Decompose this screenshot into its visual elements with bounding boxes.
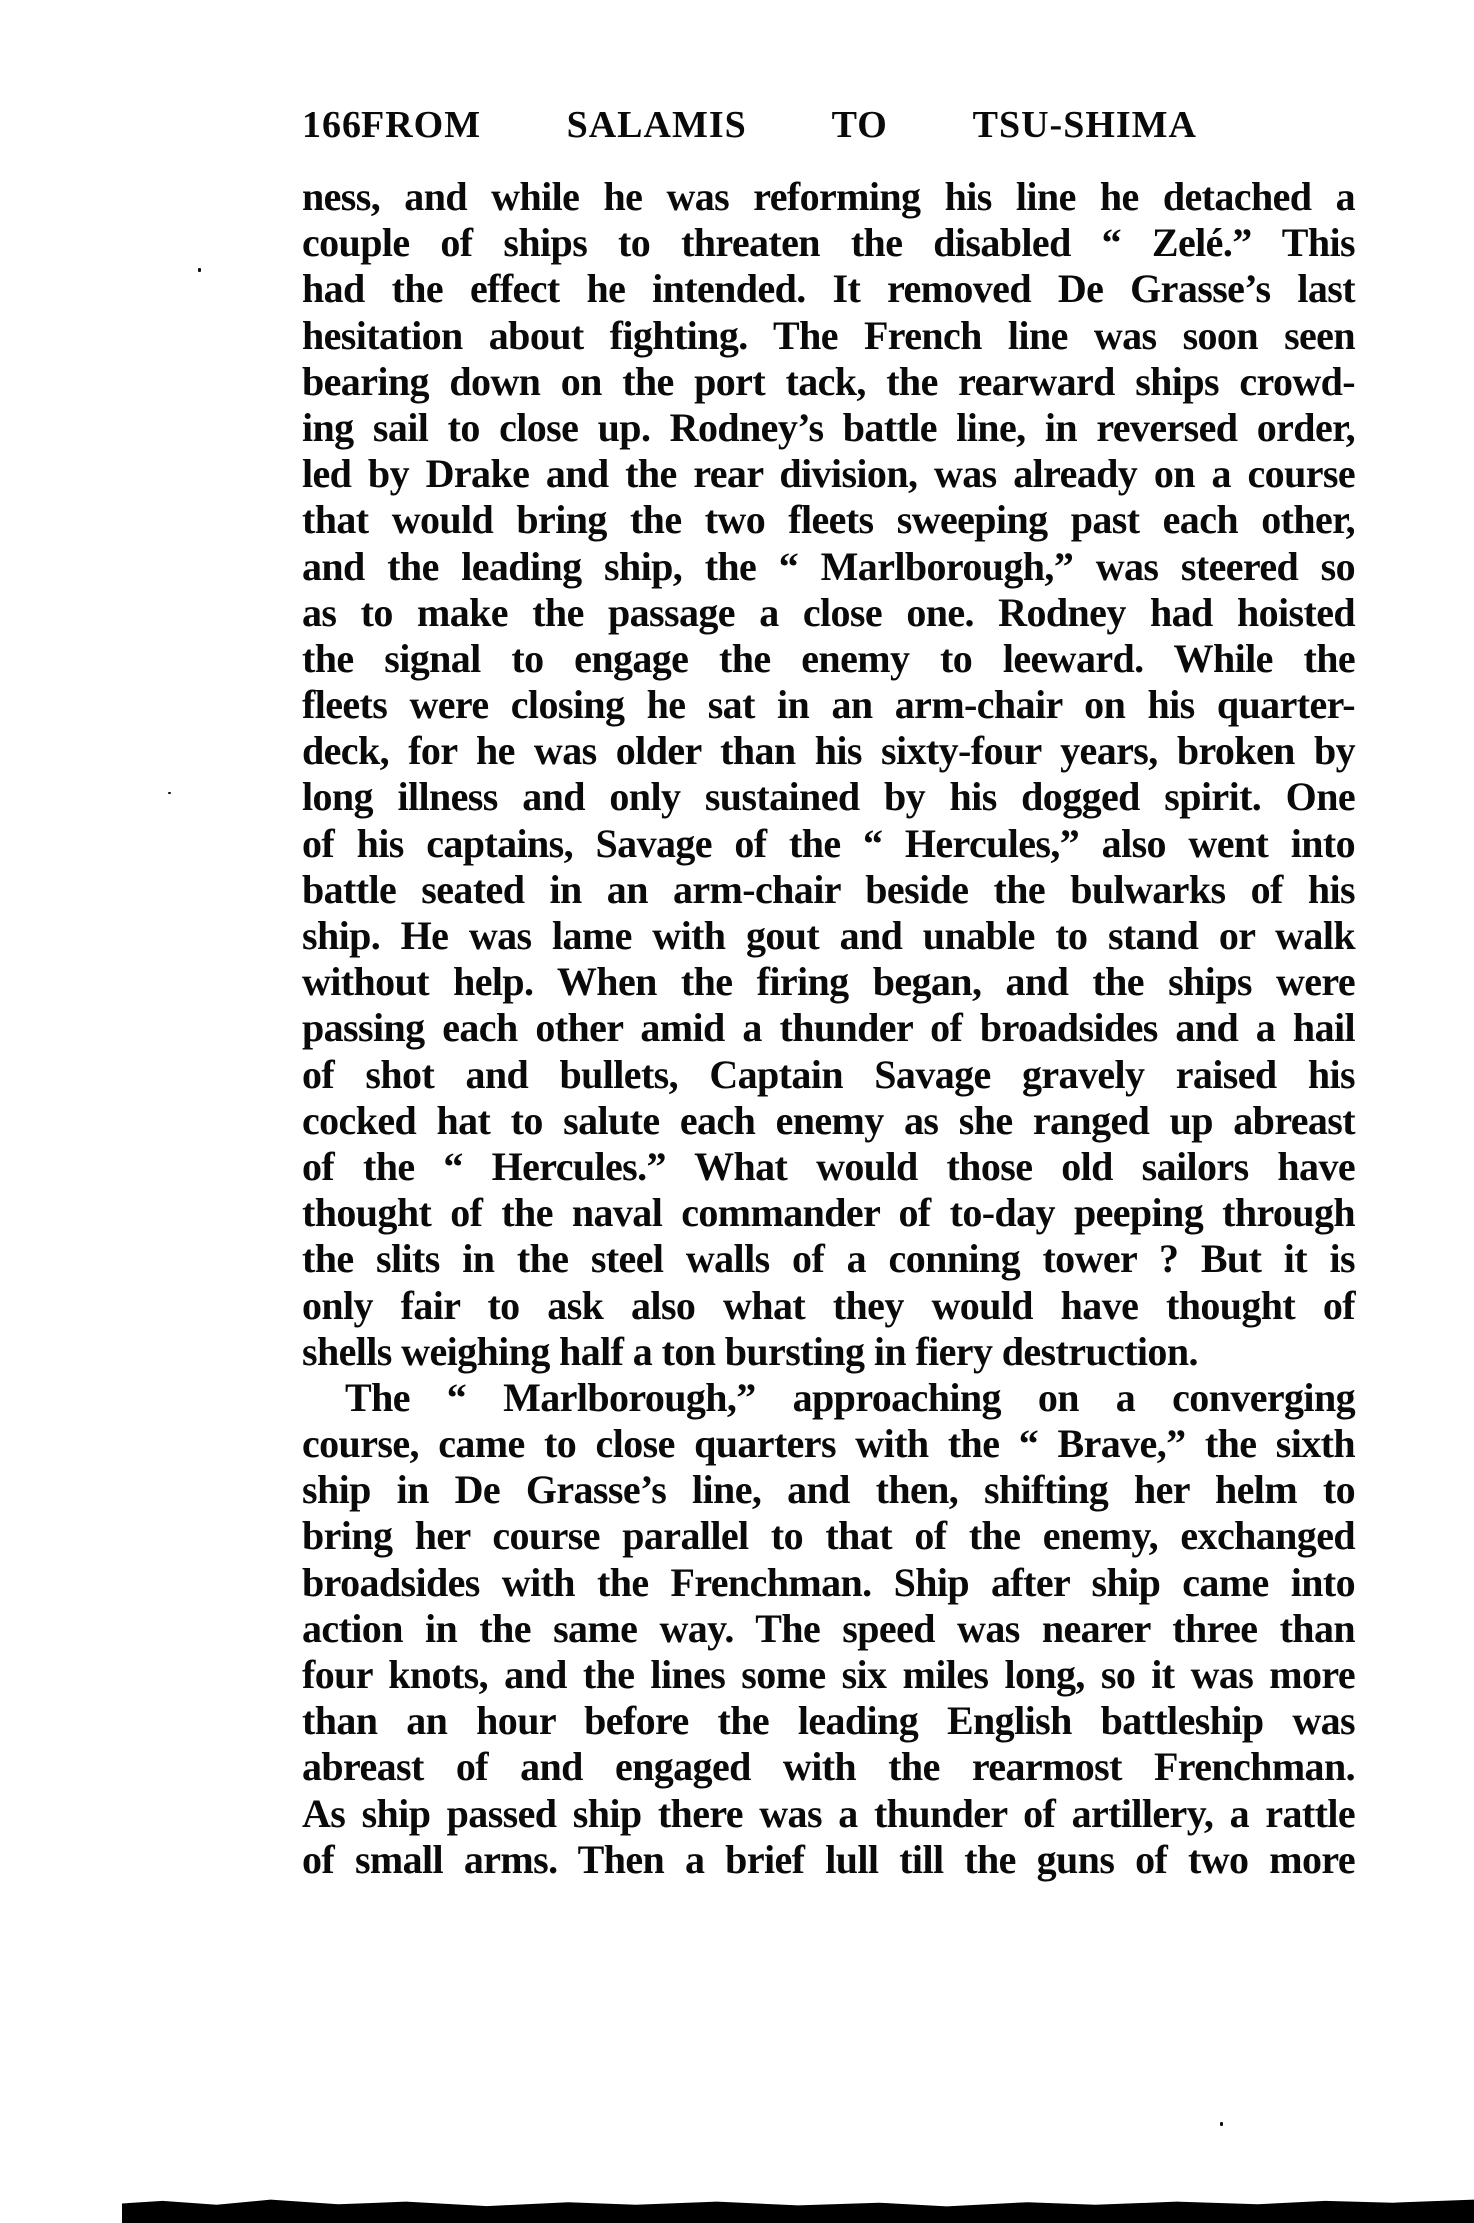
scan-bottom-edge	[122, 2197, 1474, 2223]
text-line: deck, for he was older than his sixty-fo…	[302, 728, 1355, 774]
text-line: hesitation about fighting. The French li…	[302, 313, 1355, 359]
text-line: without help. When the firing began, and…	[302, 959, 1355, 1005]
text-line: abreast of and engaged with the rearmost…	[302, 1744, 1355, 1790]
text-line: and the leading ship, the “ Marlborough,…	[302, 544, 1355, 590]
text-line: battle seated in an arm-chair beside the…	[302, 867, 1355, 913]
body-text: ness, and while he was reforming his lin…	[302, 174, 1355, 1883]
running-head: 166 FROM SALAMIS TO TSU-SHIMA	[302, 103, 1197, 143]
text-line: of shot and bullets, Captain Savage grav…	[302, 1052, 1355, 1098]
text-line: four knots, and the lines some six miles…	[302, 1652, 1355, 1698]
text-line: led by Drake and the rear division, was …	[302, 451, 1355, 497]
text-line: As ship passed ship there was a thunder …	[302, 1791, 1355, 1837]
book-page: 166 FROM SALAMIS TO TSU-SHIMA ness, and …	[0, 0, 1474, 2223]
text-line: ship in De Grasse’s line, and then, shif…	[302, 1467, 1355, 1513]
text-line: bearing down on the port tack, the rearw…	[302, 359, 1355, 405]
text-line: cocked hat to salute each enemy as she r…	[302, 1098, 1355, 1144]
text-line: action in the same way. The speed was ne…	[302, 1606, 1355, 1652]
text-line: that would bring the two fleets sweeping…	[302, 497, 1355, 543]
text-line: as to make the passage a close one. Rodn…	[302, 590, 1355, 636]
text-line: the signal to engage the enemy to leewar…	[302, 636, 1355, 682]
page-number: 166	[302, 103, 362, 147]
text-line: ship. He was lame with gout and unable t…	[302, 913, 1355, 959]
text-line: bring her course parallel to that of the…	[302, 1513, 1355, 1559]
scan-speck	[168, 792, 171, 794]
text-line: ing sail to close up. Rodney’s battle li…	[302, 405, 1355, 451]
text-line: fleets were closing he sat in an arm-cha…	[302, 682, 1355, 728]
text-line: the slits in the steel walls of a connin…	[302, 1236, 1355, 1282]
text-line: course, came to close quarters with the …	[302, 1421, 1355, 1467]
running-title: FROM SALAMIS TO TSU-SHIMA	[361, 103, 1197, 147]
paragraph-end-line: shells weighing half a ton bursting in f…	[302, 1329, 1355, 1375]
text-line: only fair to ask also what they would ha…	[302, 1283, 1355, 1329]
text-line: ness, and while he was reforming his lin…	[302, 174, 1355, 220]
text-line: of small arms. Then a brief lull till th…	[302, 1837, 1355, 1883]
scan-speck	[1220, 2122, 1223, 2126]
text-line: of the “ Hercules.” What would those old…	[302, 1144, 1355, 1190]
text-line: passing each other amid a thunder of bro…	[302, 1005, 1355, 1051]
text-line: broadsides with the Frenchman. Ship afte…	[302, 1560, 1355, 1606]
text-line: had the effect he intended. It removed D…	[302, 266, 1355, 312]
scan-speck	[198, 268, 201, 272]
paragraph-start-line: The “ Marlborough,” approaching on a con…	[302, 1375, 1355, 1421]
text-line: of his captains, Savage of the “ Hercule…	[302, 821, 1355, 867]
text-line: long illness and only sustained by his d…	[302, 774, 1355, 820]
text-line: than an hour before the leading English …	[302, 1698, 1355, 1744]
text-line: couple of ships to threaten the disabled…	[302, 220, 1355, 266]
text-line: thought of the naval commander of to-day…	[302, 1190, 1355, 1236]
